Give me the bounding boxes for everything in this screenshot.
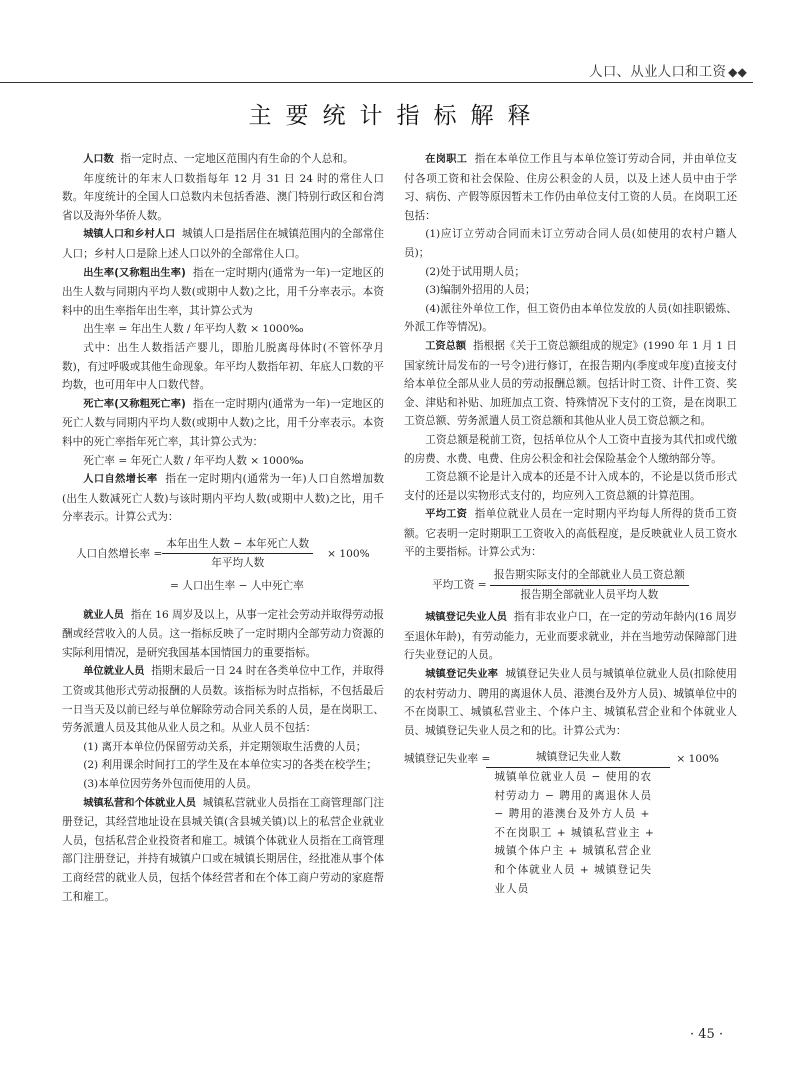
- def-unit-employed: 单位就业人员 指期末最后一日 24 时在各类单位中工作，并取得工资或其他形式劳动…: [62, 662, 384, 737]
- paragraph: 工资总额不论是计入成本的还是不计入成本的，不论是以货币形式支付的还是以实物形式支…: [404, 468, 737, 505]
- diamond-ornament-icon: ◆◆: [728, 65, 747, 79]
- def-natural-growth: 人口自然增长率 指在一定时期内(通常为一年)人口自然增加数(出生人数减死亡人数)…: [62, 470, 384, 527]
- def-birth-rate: 出生率(又称粗出生率) 指在一定时期内(通常为一年)一定地区的出生人数与同期内平…: [62, 264, 384, 321]
- def-private-individual: 城镇私营和个体就业人员 城镇私营就业人员指在工商管理部门注册登记，其经营地址设在…: [62, 794, 384, 907]
- formula-line: = 人口出生率 − 人中死亡率: [62, 577, 384, 596]
- natural-growth-formula: 人口自然增长率 = 本年出生人数 − 本年死亡人数年平均人数 × 100%: [62, 535, 384, 573]
- paragraph: 式中：出生人数指活产婴儿，即胎儿脱离母体时(不管怀孕月数)，有过呼吸或其他生命现…: [62, 339, 384, 395]
- section-title: 人口、从业人口和工资◆◆: [589, 60, 747, 80]
- def-average-wage: 平均工资 指单位就业人员在一定时期内平均每人所得的货币工资额。它表明一定时期职工…: [404, 505, 737, 562]
- list-item: (3)本单位因劳务外包而使用的人员。: [62, 775, 384, 794]
- left-column: 人口数 指一定时点、一定地区范围内有生命的个人总和。 年度统计的年末人口数指每年…: [62, 150, 384, 906]
- def-registered-unemployed: 城镇登记失业人员 指有非农业户口，在一定的劳动年龄内(16 周岁至退休年龄)，有…: [404, 608, 737, 665]
- page-number: · 45 ·: [690, 1027, 723, 1042]
- paragraph: 年度统计的年末人口数指每年 12 月 31 日 24 时的常住人口数。年度统计的…: [62, 170, 384, 226]
- def-death-rate: 死亡率(又称粗死亡率) 指在一定时期内(通常为一年)一定地区的死亡人数与同期内平…: [62, 395, 384, 452]
- paragraph: 工资总额是税前工资，包括单位从个人工资中直接为其代扣或代缴的房费、水费、电费、住…: [404, 431, 737, 468]
- list-item: (3)编制外招用的人员；: [404, 281, 737, 300]
- list-item: (2) 利用课余时间打工的学生及在本单位实习的各类在校学生；: [62, 756, 384, 775]
- list-item: (4)派往外单位工作，但工资仍由本单位发放的人员(如挂职锻炼、外派工作等情况)。: [404, 300, 737, 337]
- list-item: (2)处于试用期人员；: [404, 263, 737, 282]
- def-on-post-staff: 在岗职工 指在本单位工作且与本单位签订劳动合同，并由单位支付各项工资和社会保险、…: [404, 150, 737, 225]
- def-total-wage: 工资总额 指根据《关于工资总额组成的规定》(1990 年 1 月 1 日国家统计…: [404, 337, 737, 431]
- def-population: 人口数 指一定时点、一定地区范围内有生命的个人总和。: [62, 150, 384, 170]
- running-header: 人口、从业人口和工资◆◆: [0, 60, 753, 83]
- list-item: (1)应订立劳动合同而未订立劳动合同人员(如使用的农村户籍人员)；: [404, 225, 737, 262]
- birth-rate-formula: 出生率 = 年出生人数 / 年平均人数 × 1000‰: [62, 320, 384, 339]
- average-wage-formula: 平均工资 = 报告期实际支付的全部就业人员工资总额报告期全部就业人员平均人数: [404, 566, 737, 604]
- def-employed: 就业人员 指在 16 周岁及以上，从事一定社会劳动并取得劳动报酬或经营收入的人员…: [62, 606, 384, 663]
- death-rate-formula: 死亡率 = 年死亡人数 / 年平均人数 × 1000‰: [62, 452, 384, 471]
- def-unemployment-rate: 城镇登记失业率 城镇登记失业人员与城镇单位就业人员(扣除使用的农村劳动力、聘用的…: [404, 665, 737, 740]
- def-urban-rural: 城镇人口和乡村人口 城镇人口是指居住在城镇范围内的全部常住人口；乡村人口是除上述…: [62, 225, 384, 263]
- page-title: 主要统计指标解释: [0, 97, 793, 130]
- list-item: (1) 离开本单位仍保留劳动关系，并定期领取生活费的人员；: [62, 738, 384, 757]
- unemployment-rate-formula: 城镇登记失业率 = 城镇登记失业人数 城镇单位就业人员 − 使用的农村劳动力 −…: [404, 748, 737, 898]
- right-column: 在岗职工 指在本单位工作且与本单位签订劳动合同，并由单位支付各项工资和社会保险、…: [404, 150, 737, 902]
